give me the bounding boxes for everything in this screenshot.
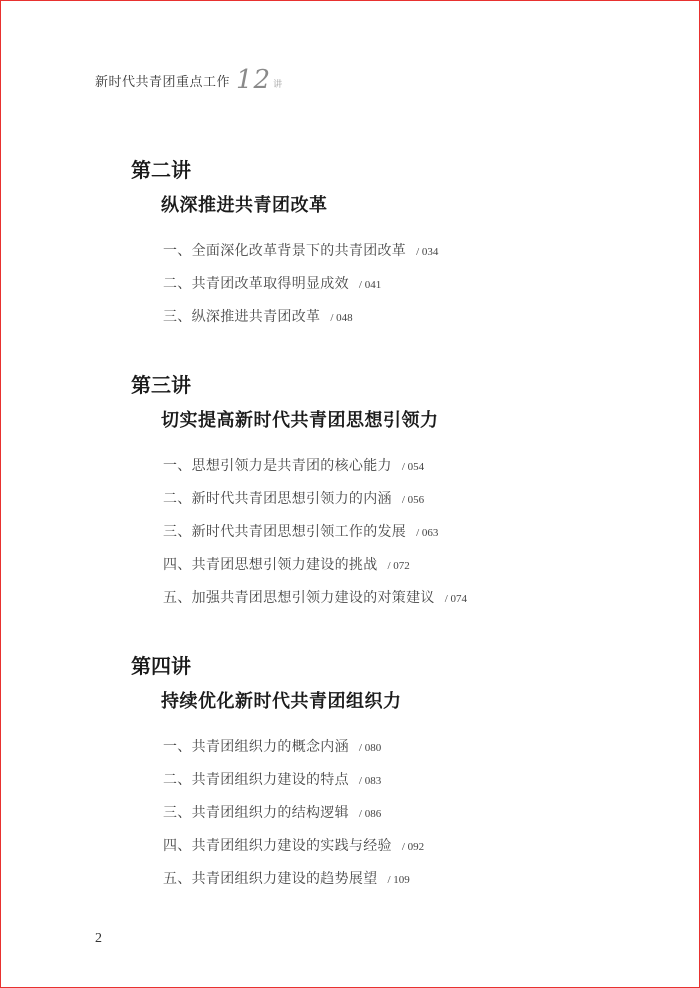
entry-page: / 072 (388, 560, 410, 572)
entry-page: / 092 (402, 841, 424, 853)
toc-entry[interactable]: 五、加强共青团思想引领力建设的对策建议/ 074 (163, 587, 467, 620)
chapter-title: 切实提高新时代共青团思想引领力 (161, 409, 467, 433)
chapter-title: 持续优化新时代共青团组织力 (161, 690, 424, 714)
toc-entry[interactable]: 四、共青团思想引领力建设的挑战/ 072 (163, 554, 467, 587)
entry-title: 五、共青团组织力建设的趋势展望 (163, 871, 378, 887)
toc-entry[interactable]: 一、思想引领力是共青团的核心能力/ 054 (163, 455, 467, 488)
section-list: 一、共青团组织力的概念内涵/ 080 二、共青团组织力建设的特点/ 083 三、… (163, 736, 424, 901)
book-title: 新时代共青团重点工作 (95, 73, 230, 93)
toc-chapter: 第二讲 纵深推进共青团改革 一、全面深化改革背景下的共青团改革/ 034 二、共… (131, 158, 438, 339)
toc-entry[interactable]: 三、共青团组织力的结构逻辑/ 086 (163, 802, 424, 835)
entry-page: / 056 (402, 494, 424, 506)
entry-title: 三、共青团组织力的结构逻辑 (163, 805, 349, 821)
toc-entry[interactable]: 三、纵深推进共青团改革/ 048 (163, 306, 438, 339)
entry-page: / 080 (359, 742, 381, 754)
entry-title: 一、共青团组织力的概念内涵 (163, 739, 349, 755)
toc-entry[interactable]: 二、新时代共青团思想引领力的内涵/ 056 (163, 488, 467, 521)
toc-entry[interactable]: 一、共青团组织力的概念内涵/ 080 (163, 736, 424, 769)
entry-title: 四、共青团组织力建设的实践与经验 (163, 838, 392, 854)
section-list: 一、全面深化改革背景下的共青团改革/ 034 二、共青团改革取得明显成效/ 04… (163, 240, 438, 339)
chapter-title: 纵深推进共青团改革 (161, 194, 438, 218)
entry-title: 三、新时代共青团思想引领工作的发展 (163, 524, 406, 540)
entry-page: / 034 (416, 246, 438, 258)
toc-entry[interactable]: 五、共青团组织力建设的趋势展望/ 109 (163, 868, 424, 901)
entry-page: / 048 (330, 312, 352, 324)
entry-page: / 041 (359, 279, 381, 291)
entry-title: 二、共青团改革取得明显成效 (163, 276, 349, 292)
chapter-label: 第三讲 (131, 373, 467, 397)
entry-page: / 074 (445, 593, 467, 605)
toc-entry[interactable]: 二、共青团改革取得明显成效/ 041 (163, 273, 438, 306)
entry-title: 二、新时代共青团思想引领力的内涵 (163, 491, 392, 507)
chapter-label: 第二讲 (131, 158, 438, 182)
entry-page: / 083 (359, 775, 381, 787)
entry-page: / 109 (388, 874, 410, 886)
entry-page: / 054 (402, 461, 424, 473)
section-list: 一、思想引领力是共青团的核心能力/ 054 二、新时代共青团思想引领力的内涵/ … (163, 455, 467, 620)
entry-title: 三、纵深推进共青团改革 (163, 309, 320, 325)
toc-chapter: 第四讲 持续优化新时代共青团组织力 一、共青团组织力的概念内涵/ 080 二、共… (131, 654, 424, 901)
entry-page: / 063 (416, 527, 438, 539)
running-header: 新时代共青团重点工作 12 讲 (95, 63, 282, 93)
entry-title: 二、共青团组织力建设的特点 (163, 772, 349, 788)
entry-title: 一、全面深化改革背景下的共青团改革 (163, 243, 406, 259)
entry-title: 四、共青团思想引领力建设的挑战 (163, 557, 378, 573)
toc-entry[interactable]: 二、共青团组织力建设的特点/ 083 (163, 769, 424, 802)
toc-entry[interactable]: 三、新时代共青团思想引领工作的发展/ 063 (163, 521, 467, 554)
entry-title: 五、加强共青团思想引领力建设的对策建议 (163, 590, 435, 606)
entry-page: / 086 (359, 808, 381, 820)
toc-chapter: 第三讲 切实提高新时代共青团思想引领力 一、思想引领力是共青团的核心能力/ 05… (131, 373, 467, 620)
book-title-unit: 讲 (273, 77, 282, 93)
toc-entry[interactable]: 四、共青团组织力建设的实践与经验/ 092 (163, 835, 424, 868)
toc-entry[interactable]: 一、全面深化改革背景下的共青团改革/ 034 (163, 240, 438, 273)
page-number: 2 (95, 931, 102, 947)
entry-title: 一、思想引领力是共青团的核心能力 (163, 458, 392, 474)
chapter-label: 第四讲 (131, 654, 424, 678)
document-page: 新时代共青团重点工作 12 讲 第二讲 纵深推进共青团改革 一、全面深化改革背景… (0, 0, 700, 988)
book-title-number: 12 (236, 67, 271, 93)
